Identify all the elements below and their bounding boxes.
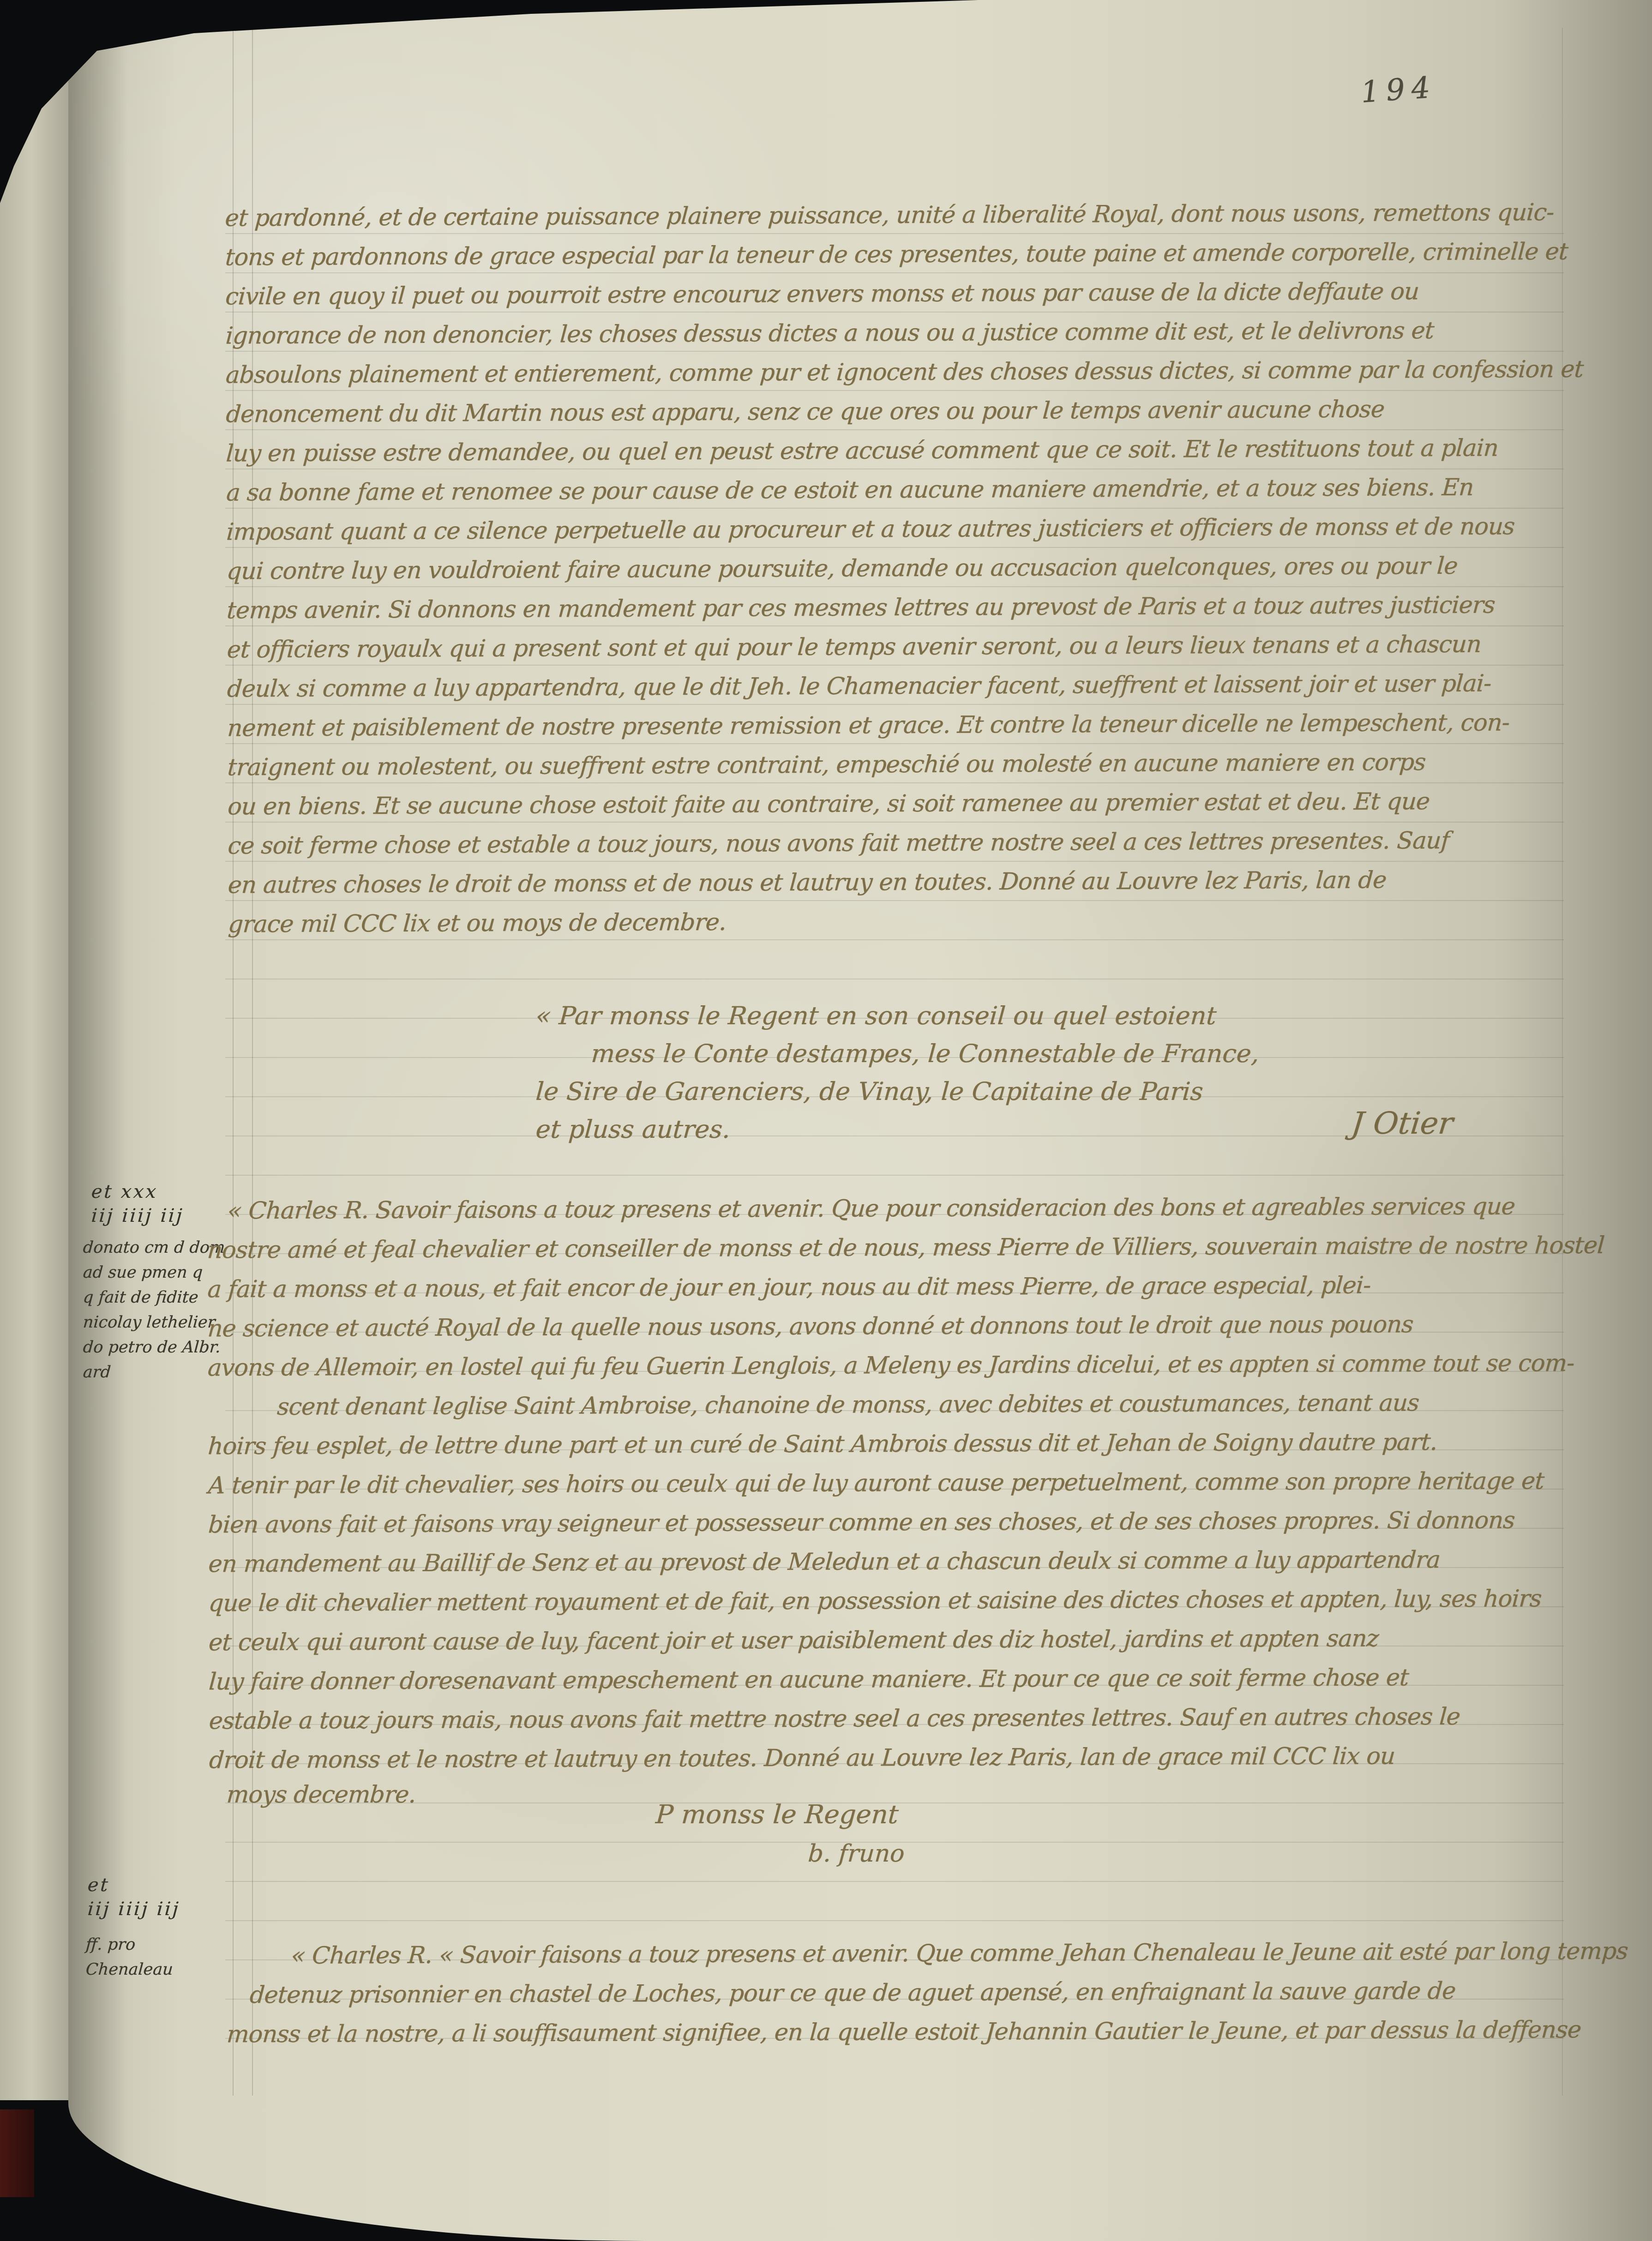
manuscript-line: en mandement au Baillif de Senz et au pr… bbox=[207, 1540, 1607, 1584]
margin-note-line: do petro de Albr. bbox=[82, 1335, 226, 1360]
ruled-guideline bbox=[225, 979, 1564, 979]
registrar-signature-otier: J Otier bbox=[1350, 1105, 1455, 1141]
manuscript-line: droit de monss et le nostre et lautruy e… bbox=[208, 1736, 1607, 1780]
subscription-line: et pluss autres. bbox=[535, 1111, 1261, 1148]
subscription-line: le Sire de Garenciers, de Vinay, le Capi… bbox=[535, 1073, 1261, 1111]
manuscript-line: luy en puisse estre demandee, ou quel en… bbox=[225, 428, 1585, 474]
margin-note-line: ard bbox=[82, 1360, 226, 1385]
manuscript-line: a fait a monss et a nous, et fait encor … bbox=[206, 1265, 1606, 1310]
margin-note-line: ff. pro bbox=[85, 1932, 174, 1957]
manuscript-page: 194 et pardonné, et de certaine puissanc… bbox=[68, 0, 1652, 2241]
manuscript-line: civile en quoy il puet ou pourroit estre… bbox=[224, 271, 1584, 317]
act-2-subscription: P monss le Regent bbox=[655, 1796, 900, 1833]
ruled-guideline bbox=[225, 1920, 1564, 1921]
manuscript-line: deulx si comme a luy appartendra, que le… bbox=[226, 664, 1586, 709]
chancery-tax-mark: iij iiij iij bbox=[87, 1897, 181, 1921]
manuscript-line: hoirs feu esplet, de lettre dune part et… bbox=[207, 1422, 1606, 1466]
manuscript-line: tons et pardonnons de grace especial par… bbox=[224, 232, 1584, 277]
manuscript-line: ou en biens. Et se aucune chose estoit f… bbox=[226, 781, 1586, 827]
manuscript-line: absoulons plainement et entierement, com… bbox=[224, 350, 1584, 395]
manuscript-line: detenuz prisonnier en chastel de Loches,… bbox=[225, 1971, 1629, 2015]
manuscript-line: A tenir par le dit chevalier, ses hoirs … bbox=[207, 1461, 1606, 1506]
manuscript-line: ce soit ferme chose et estable a touz jo… bbox=[227, 821, 1586, 866]
folio-number: 194 bbox=[1360, 70, 1438, 109]
margin-ruling-line bbox=[1562, 28, 1563, 2096]
act-1-text: et pardonné, et de certaine puissance pl… bbox=[223, 193, 1584, 944]
manuscript-line: et ceulx qui auront cause de luy, facent… bbox=[207, 1618, 1607, 1663]
manuscript-line: et officiers royaulx qui a present sont … bbox=[226, 625, 1586, 670]
manuscript-line: ne science et aucté Royal de la quelle n… bbox=[206, 1304, 1606, 1349]
act-3-margin-note: ff. proChenaleau bbox=[85, 1932, 172, 1982]
manuscript-line: denoncement du dit Martin nous est appar… bbox=[225, 389, 1585, 434]
chancery-tax-mark: iij iiij iij bbox=[90, 1204, 185, 1228]
registrar-signature-fruno: b. fruno bbox=[807, 1836, 906, 1871]
act-1-subscription: « Par monss le Regent en son conseil ou … bbox=[535, 997, 1258, 1148]
manuscript-line: que le dit chevalier mettent royaument e… bbox=[207, 1579, 1607, 1623]
act-3-tax-marks: etiij iiij iij bbox=[87, 1873, 179, 1921]
margin-note-line: nicolay lethelier bbox=[82, 1310, 226, 1335]
manuscript-line: estable a touz jours mais, nous avons fa… bbox=[208, 1697, 1607, 1741]
subscription-line: mess le Conte destampes, le Connestable … bbox=[535, 1035, 1261, 1073]
manuscript-line: monss et la nostre, a li souffisaument s… bbox=[225, 2010, 1629, 2055]
ruled-guideline bbox=[225, 1175, 1564, 1176]
manuscript-line: qui contre luy en vouldroient faire aucu… bbox=[225, 546, 1585, 591]
previous-folio-edge bbox=[0, 23, 70, 2100]
manuscript-line: « Charles R. Savoir faisons a touz prese… bbox=[206, 1187, 1605, 1231]
manuscript-line: ignorance de non denoncier, les choses d… bbox=[224, 311, 1584, 356]
margin-note-line: Chenaleau bbox=[85, 1957, 174, 1982]
act-2-text: « Charles R. Savoir faisons a touz prese… bbox=[206, 1187, 1605, 1780]
manuscript-line: « Charles R. « Savoir faisons a touz pre… bbox=[225, 1932, 1629, 1976]
binding-edge bbox=[0, 2109, 34, 2197]
manuscript-line: et pardonné, et de certaine puissance pl… bbox=[224, 193, 1584, 238]
manuscript-line: temps avenir. Si donnons en mandement pa… bbox=[226, 585, 1586, 631]
manuscript-line: luy faire donner doresenavant empescheme… bbox=[208, 1658, 1607, 1702]
manuscript-line: traignent ou molestent, ou sueffrent est… bbox=[226, 742, 1586, 787]
act-3-text: « Charles R. « Savoir faisons a touz pre… bbox=[225, 1932, 1627, 2055]
manuscript-line: bien avons fait et faisons vray seigneur… bbox=[207, 1501, 1606, 1545]
manuscript-line: a sa bonne fame et renomee se pour cause… bbox=[225, 468, 1585, 513]
manuscript-line: grace mil CCC lix et ou moys de decembre… bbox=[227, 899, 1587, 944]
manuscript-photo: 194 et pardonné, et de certaine puissanc… bbox=[0, 0, 1652, 2241]
chancery-tax-mark: et bbox=[87, 1873, 181, 1897]
manuscript-line: nostre amé et feal chevalier et conseill… bbox=[206, 1226, 1605, 1270]
chancery-tax-mark: et xxx bbox=[90, 1180, 185, 1204]
margin-note-line: ad sue pmen q bbox=[82, 1260, 226, 1285]
manuscript-line: avons de Allemoir, en lostel qui fu feu … bbox=[206, 1344, 1606, 1388]
act-2-margin-note: donato cm d domad sue pmen qq fait de fi… bbox=[82, 1235, 224, 1385]
act-2-tax-marks: et xxxiij iiij iij bbox=[90, 1180, 183, 1228]
manuscript-line: imposant quant a ce silence perpetuelle … bbox=[225, 507, 1585, 552]
manuscript-line: scent denant leglise Saint Ambroise, cha… bbox=[207, 1383, 1606, 1427]
margin-note-line: q fait de fidite bbox=[82, 1285, 226, 1310]
ruled-guideline bbox=[225, 1881, 1564, 1882]
manuscript-line: nement et paisiblement de nostre present… bbox=[226, 703, 1586, 748]
margin-note-line: donato cm d dom bbox=[82, 1235, 226, 1260]
subscription-line: « Par monss le Regent en son conseil ou … bbox=[535, 997, 1261, 1035]
manuscript-line: en autres choses le droit de monss et de… bbox=[227, 860, 1586, 905]
act-2-closing-words: moys decembre. bbox=[225, 1775, 417, 1814]
